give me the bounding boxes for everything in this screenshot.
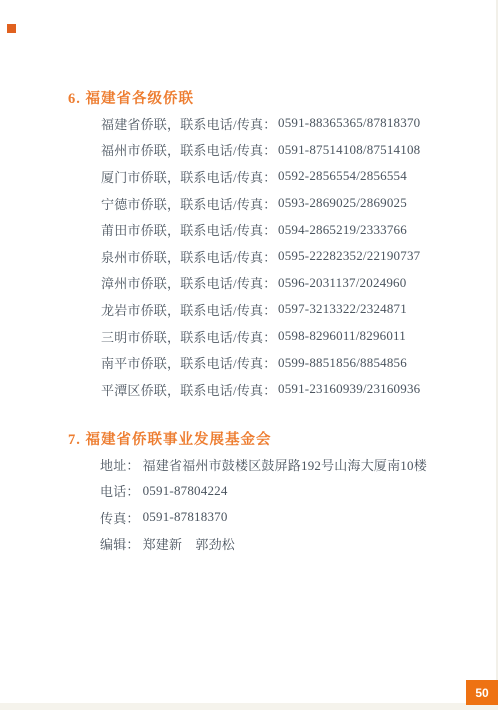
contact-value: 0592-2856554/2856554 — [278, 168, 407, 184]
contact-row: 莆田市侨联，联系电话/传真：0594-2865219/2333766 — [101, 216, 420, 243]
contact-row: 福建省侨联，联系电话/传真：0591-88365365/87818370 — [101, 110, 420, 137]
contact-row: 三明市侨联，联系电话/传真：0598-8296011/8296011 — [101, 323, 420, 350]
contact-label: 三明市侨联，联系电话/传真： — [101, 327, 278, 346]
contact-label: 地址： — [100, 455, 140, 474]
contact-row: 电话：0591-87804224 — [100, 478, 427, 505]
federation-contact-list: 福建省侨联，联系电话/传真：0591-88365365/87818370福州市侨… — [101, 110, 420, 403]
section-7-heading: 7. 福建省侨联事业发展基金会 — [68, 428, 272, 449]
contact-value: 0591-87804224 — [143, 483, 228, 499]
contact-row: 南平市侨联，联系电话/传真：0599-8851856/8854856 — [101, 349, 420, 376]
contact-label: 平潭区侨联，联系电话/传真： — [101, 380, 278, 399]
contact-value: 0591-88365365/87818370 — [278, 115, 420, 131]
contact-row: 宁德市侨联，联系电话/传真：0593-2869025/2869025 — [101, 190, 420, 217]
contact-row: 平潭区侨联，联系电话/传真：0591-23160939/23160936 — [101, 376, 420, 403]
contact-value: 0594-2865219/2333766 — [278, 222, 407, 238]
contact-label: 龙岩市侨联，联系电话/传真： — [101, 300, 278, 319]
page-bottom-edge — [0, 703, 498, 710]
contact-label: 传真： — [100, 508, 140, 527]
contact-label: 厦门市侨联，联系电话/传真： — [101, 167, 278, 186]
contact-row: 福州市侨联，联系电话/传真：0591-87514108/87514108 — [101, 137, 420, 164]
contact-value: 郑建新 郭劲松 — [143, 534, 235, 553]
section-6-heading: 6. 福建省各级侨联 — [68, 87, 194, 108]
contact-row: 地址：福建省福州市鼓楼区鼓屏路192号山海大厦南10楼 — [100, 451, 427, 478]
contact-label: 泉州市侨联，联系电话/传真： — [101, 247, 278, 266]
contact-value: 福建省福州市鼓楼区鼓屏路192号山海大厦南10楼 — [143, 455, 427, 474]
contact-value: 0599-8851856/8854856 — [278, 355, 407, 371]
contact-value: 0591-87514108/87514108 — [278, 142, 420, 158]
foundation-info-list: 地址：福建省福州市鼓楼区鼓屏路192号山海大厦南10楼电话：0591-87804… — [100, 451, 427, 557]
contact-label: 宁德市侨联，联系电话/传真： — [101, 194, 278, 213]
contact-row: 龙岩市侨联，联系电话/传真：0597-3213322/2324871 — [101, 296, 420, 323]
contact-label: 莆田市侨联，联系电话/传真： — [101, 220, 278, 239]
contact-row: 漳州市侨联，联系电话/传真：0596-2031137/2024960 — [101, 270, 420, 297]
contact-row: 编辑：郑建新 郭劲松 — [100, 531, 427, 558]
contact-label: 福建省侨联，联系电话/传真： — [101, 114, 278, 133]
contact-value: 0598-8296011/8296011 — [278, 328, 406, 344]
contact-label: 编辑： — [100, 534, 140, 553]
contact-value: 0591-87818370 — [143, 509, 228, 525]
contact-label: 电话： — [100, 481, 140, 500]
page-number-badge: 50 — [466, 680, 498, 705]
document-page: 6. 福建省各级侨联 福建省侨联，联系电话/传真：0591-88365365/8… — [0, 0, 498, 710]
contact-value: 0595-22282352/22190737 — [278, 248, 420, 264]
contact-label: 南平市侨联，联系电话/传真： — [101, 353, 278, 372]
contact-label: 福州市侨联，联系电话/传真： — [101, 140, 278, 159]
contact-label: 漳州市侨联，联系电话/传真： — [101, 273, 278, 292]
contact-row: 泉州市侨联，联系电话/传真：0595-22282352/22190737 — [101, 243, 420, 270]
contact-value: 0596-2031137/2024960 — [278, 275, 406, 291]
contact-value: 0591-23160939/23160936 — [278, 381, 420, 397]
contact-value: 0593-2869025/2869025 — [278, 195, 407, 211]
contact-row: 传真：0591-87818370 — [100, 504, 427, 531]
corner-accent-square — [7, 24, 16, 33]
contact-row: 厦门市侨联，联系电话/传真：0592-2856554/2856554 — [101, 163, 420, 190]
page-number: 50 — [475, 686, 488, 700]
contact-value: 0597-3213322/2324871 — [278, 301, 407, 317]
